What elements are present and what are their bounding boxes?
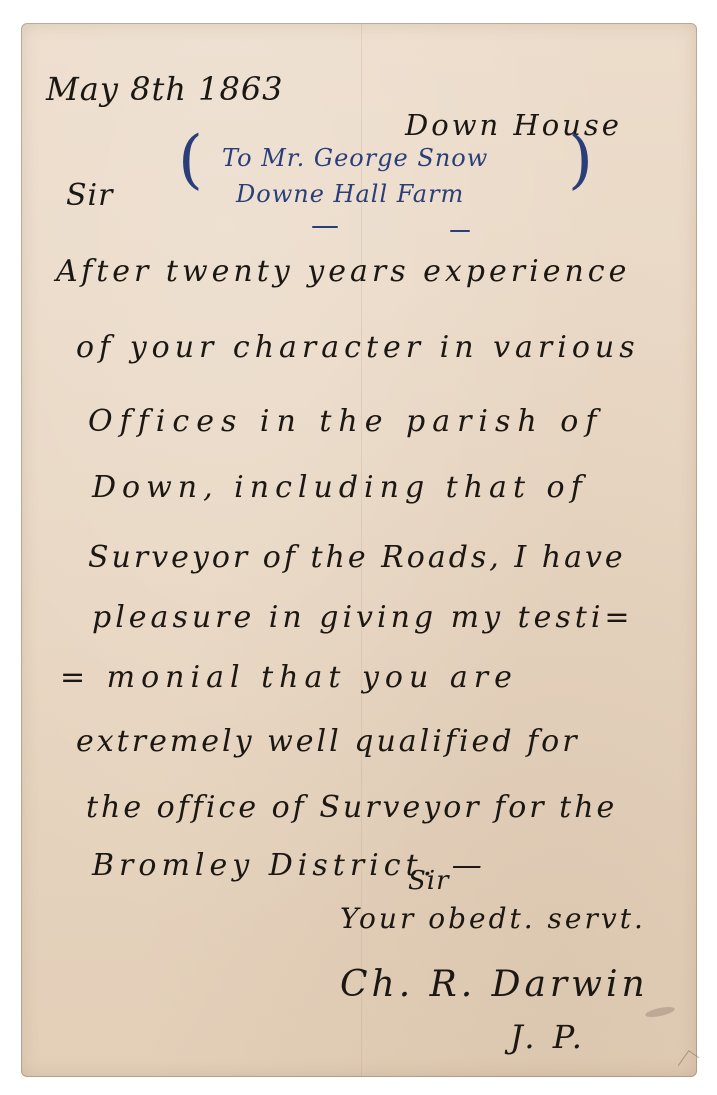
body-line-2: of your character in various	[76, 330, 640, 365]
body-line-9: the office of Surveyor for the	[86, 790, 617, 825]
body-line-5: Surveyor of the Roads, I have	[88, 540, 626, 575]
annotation-underline-1	[312, 226, 338, 228]
body-line-1: After twenty years experience	[56, 254, 630, 289]
body-line-6: pleasure in giving my testi=	[92, 600, 634, 635]
annotation-open-paren: (	[178, 128, 203, 192]
salutation: Sir	[66, 178, 114, 213]
signature: Ch. R. Darwin	[340, 964, 649, 1005]
signature-title: J. P.	[510, 1018, 586, 1056]
body-line-8: extremely well qualified for	[76, 724, 580, 759]
annotation-line-2: Downe Hall Farm	[236, 180, 464, 208]
closing-sir: Sir	[408, 866, 450, 896]
annotation-underline-2	[450, 230, 470, 232]
annotation-line-1: To Mr. George Snow	[222, 144, 488, 172]
valediction: Your obedt. servt.	[340, 902, 646, 935]
letter-date: May 8th 1863	[46, 70, 284, 108]
annotation-close-paren: )	[568, 128, 593, 192]
body-line-3: Offices in the parish of	[88, 404, 603, 439]
body-line-7: = monial that you are	[60, 660, 518, 695]
body-line-4: Down, including that of	[92, 470, 588, 505]
